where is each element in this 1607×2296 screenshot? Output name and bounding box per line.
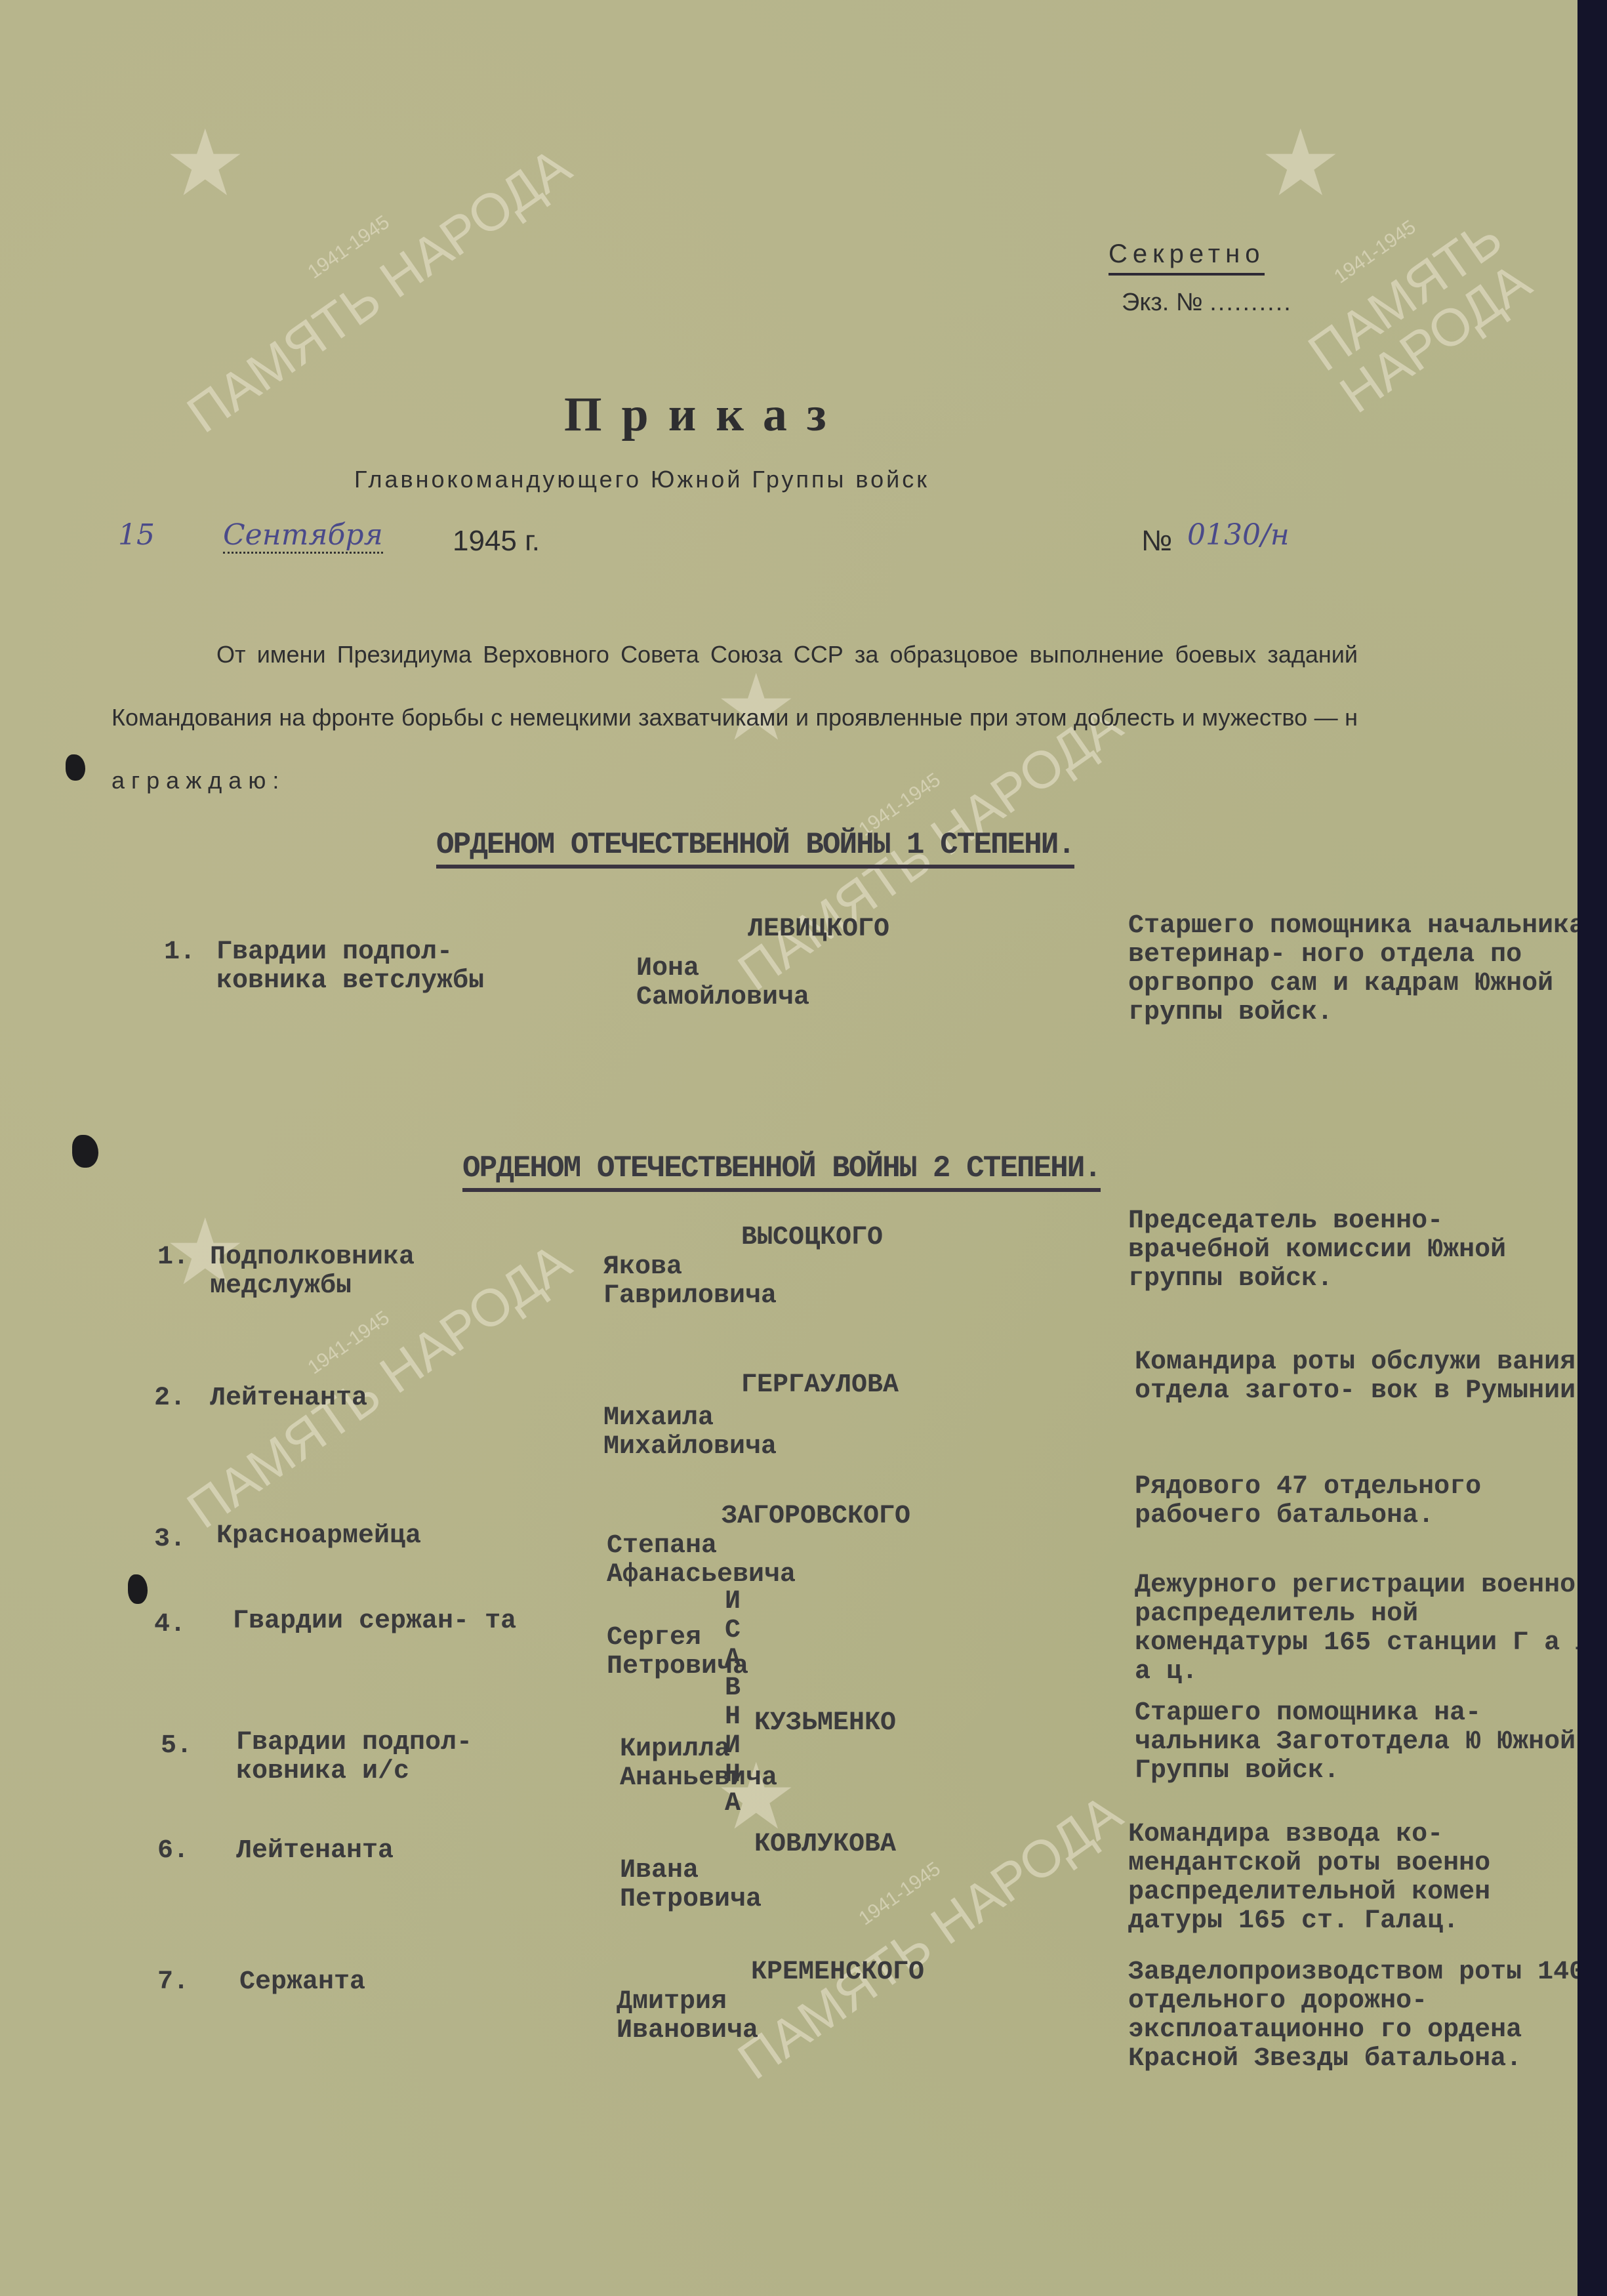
entry-given-name: Сергея Петровича [607,1624,748,1681]
entry-rank: Сержанта [239,1968,365,1997]
entry-surname: КОВЛУКОВА [754,1830,896,1859]
document-page: ★ 1941-1945ПАМЯТЬ НАРОДА ★ 1941-1945ПАМЯ… [0,0,1577,2296]
document-subtitle: Главнокомандующего Южной Группы войск [354,466,929,493]
entry-rank: Гвардии сержан- та [233,1607,548,1636]
punch-hole [72,1135,98,1168]
entry-number: 5. [161,1732,192,1761]
classification-stamp: Секретно [1109,239,1265,276]
entry-number: 7. [157,1968,189,1997]
entry-given-name: Степана Афанасьевича [607,1532,796,1589]
entry-surname: ЗАГОРОВСКОГО [722,1502,910,1531]
entry-surname: КУЗЬМЕНКО [754,1709,896,1738]
entry-rank: Красноармейца [216,1522,421,1551]
date-line: 15 Сентября 1945 г. № 0130/н [105,518,1482,571]
entry-number: 1. [157,1243,189,1272]
entry-post: Председатель военно- врачебной комиссии … [1128,1207,1587,1294]
entry-number: 2. [154,1384,186,1413]
section-heading-2nd-degree: ОРДЕНОМ ОТЕЧЕСТВЕННОЙ ВОЙНЫ 2 СТЕПЕНИ. [462,1151,1101,1192]
date-month: Сентября [223,518,383,554]
entry-number: 3. [154,1525,186,1554]
date-year: 1945 г. [453,525,540,558]
entry-post: Старшего помощника на- чальника Загототд… [1135,1699,1594,1786]
order-number-label: № [1141,525,1172,558]
entry-number: 6. [157,1837,189,1866]
punch-hole [128,1574,148,1604]
copy-number-field: .......... [1210,289,1292,316]
entry-rank: Гвардии подпол- ковника ветслужбы [216,938,558,996]
section-heading-1st-degree: ОРДЕНОМ ОТЕЧЕСТВЕННОЙ ВОЙНЫ 1 СТЕПЕНИ. [436,828,1074,869]
entry-surname: КРЕМЕНСКОГО [751,1958,924,1987]
entry-number: 1. [164,938,195,967]
entry-surname: ГЕРГАУЛОВА [741,1371,899,1400]
entry-surname: ЛЕВИЦКОГО [748,915,889,944]
document-title: Приказ [564,387,846,443]
star-watermark-icon: ★ [1259,125,1338,203]
entry-post: Командира роты обслужи вания отдела заго… [1135,1348,1594,1406]
entry-post: Завделопроизводством роты 140 отдельного… [1128,1958,1587,2074]
entry-number: 4. [154,1610,186,1639]
entry-surname: ВЫСОЦКОГО [741,1223,883,1252]
entry-given-name: Михаила Михайловича [603,1404,777,1462]
entry-post: Старшего помощника начальника ветеринар-… [1128,912,1587,1027]
intro-paragraph: От имени Президиума Верховного Совета Со… [112,623,1358,812]
entry-rank: Лейтенанта [236,1837,394,1866]
order-number: 0130/н [1187,518,1290,552]
scan-background-edge [1577,0,1607,2296]
entry-post: Дежурного регистрации военно- распредели… [1135,1571,1594,1687]
star-watermark-icon: ★ [164,125,243,203]
entry-rank: Лейтенанта [210,1384,367,1413]
copy-number: Экз. № .......... [1122,289,1292,317]
entry-rank: Подполковника медслужбы [210,1243,485,1301]
entry-given-name: Ивана Петровича [620,1856,762,1914]
entry-given-name: Иона Самойловича [636,954,809,1012]
entry-post: Рядового 47 отдельного рабочего батальон… [1135,1473,1594,1530]
entry-given-name: Дмитрия Ивановича [617,1988,758,2045]
entry-post: Командира взвода ко- мендантской роты во… [1128,1820,1587,1936]
punch-hole [66,754,85,781]
date-day: 15 [118,518,155,552]
entry-rank: Гвардии подпол- ковника и/с [236,1729,551,1786]
entry-given-name: Якова Гавриловича [603,1253,777,1311]
entry-given-name: Кирилла Ананьевича [620,1735,777,1793]
copy-label: Экз. № [1122,289,1203,316]
